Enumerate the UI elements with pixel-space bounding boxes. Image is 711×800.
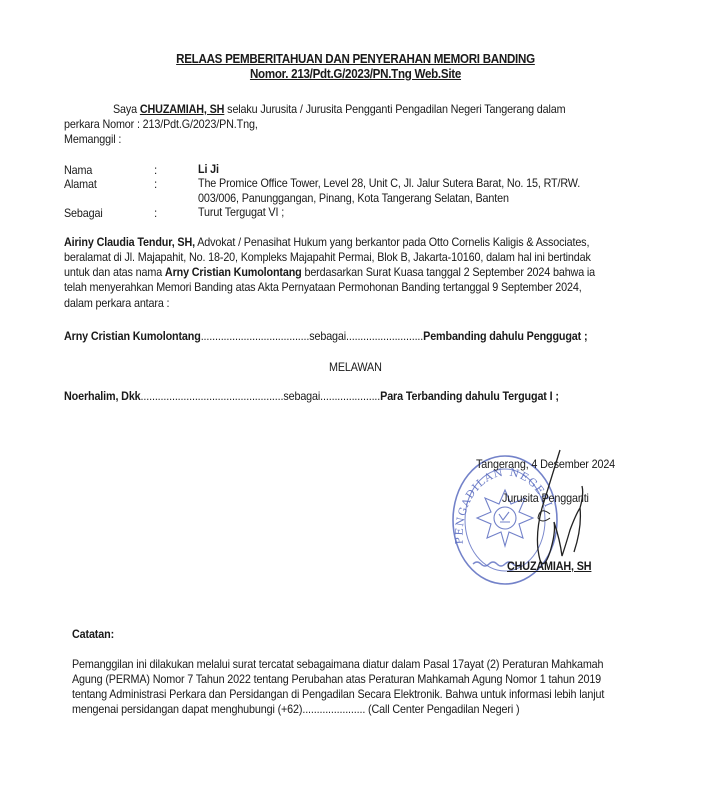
- place-date: Tangerang, 4 Desember 2024: [476, 458, 615, 471]
- body-line-4: telah menyerahkan Memori Banding atas Ak…: [64, 281, 582, 294]
- signer-name: CHUZAMIAH, SH: [507, 560, 591, 573]
- case-number-line: perkara Nomor : 213/Pdt.G/2023/PN.Tng,: [64, 118, 258, 131]
- officer-name: CHUZAMIAH, SH: [140, 103, 224, 116]
- body-line-3-rest: berdasarkan Surat Kuasa tanggal 2 Septem…: [302, 266, 595, 279]
- summons-label: Memanggil :: [64, 133, 121, 146]
- sebagai-label: sebagai: [309, 330, 346, 343]
- sebagai-label: sebagai: [283, 390, 320, 403]
- party-address-line-2: 003/006, Panunggangan, Pinang, Kota Tang…: [198, 192, 509, 205]
- appellant-line: Arny Cristian Kumolontang...............…: [64, 330, 587, 343]
- document-title: RELAAS PEMBERITAHUAN DAN PENYERAHAN MEMO…: [28, 52, 682, 66]
- appellant-role: Pembanding dahulu Penggugat ;: [423, 330, 587, 343]
- field-label-alamat: Alamat: [64, 178, 97, 191]
- body-line-3: untuk dan atas nama Arny Cristian Kumolo…: [64, 266, 595, 279]
- body-line-2: beralamat di Jl. Majapahit, No. 18-20, K…: [64, 251, 591, 264]
- notes-line-4: mengenai persidangan dapat menghubungi (…: [72, 703, 519, 716]
- client-name: Arny Cristian Kumolontang: [165, 266, 302, 279]
- intro-prefix: Saya: [113, 103, 137, 116]
- field-colon: :: [154, 164, 157, 177]
- intro-line-1-rest: selaku Jurusita / Jurusita Pengganti Pen…: [227, 103, 565, 116]
- notes-line-1: Pemanggilan ini dilakukan melalui surat …: [72, 658, 603, 671]
- dot-leader: ......................................: [201, 330, 310, 343]
- party-role: Turut Tergugat VI ;: [198, 206, 284, 219]
- body-line-3-pre: untuk dan atas nama: [64, 266, 165, 279]
- respondent-line: Noerhalim, Dkk..........................…: [64, 390, 559, 403]
- body-line-5: dalam perkara antara :: [64, 297, 169, 310]
- field-colon: :: [154, 178, 157, 191]
- intro-line-1: Saya CHUZAMIAH, SH selaku Jurusita / Jur…: [113, 103, 565, 116]
- party-address-line-1: The Promice Office Tower, Level 28, Unit…: [198, 177, 580, 190]
- document-number: Nomor. 213/Pdt.G/2023/PN.Tng Web.Site: [28, 67, 682, 81]
- notes-heading: Catatan:: [72, 628, 114, 641]
- signer-position: Jurusita Pengganti: [502, 492, 589, 505]
- field-label-nama: Nama: [64, 164, 92, 177]
- notes-line-3: tentang Administrasi Perkara dan Persida…: [72, 688, 604, 701]
- versus-text: MELAWAN: [329, 361, 382, 374]
- dot-leader: ........................................…: [141, 390, 284, 403]
- respondent-role: Para Terbanding dahulu Tergugat I ;: [380, 390, 559, 403]
- appellant-name: Arny Cristian Kumolontang: [64, 330, 201, 343]
- field-colon: :: [154, 207, 157, 220]
- respondent-name: Noerhalim, Dkk: [64, 390, 141, 403]
- notes-line-2: Agung (PERMA) Nomor 7 Tahun 2022 tentang…: [72, 673, 601, 686]
- dot-leader: ...........................: [346, 330, 423, 343]
- advocate-name: Airiny Claudia Tendur, SH,: [64, 236, 195, 249]
- versus-label: MELAWAN: [0, 361, 711, 374]
- party-name: Li Ji: [198, 163, 219, 176]
- body-line-1: Airiny Claudia Tendur, SH, Advokat / Pen…: [64, 236, 589, 249]
- field-label-sebagai: Sebagai: [64, 207, 103, 220]
- body-line-1-rest: Advokat / Penasihat Hukum yang berkantor…: [195, 236, 589, 249]
- dot-leader: .....................: [320, 390, 380, 403]
